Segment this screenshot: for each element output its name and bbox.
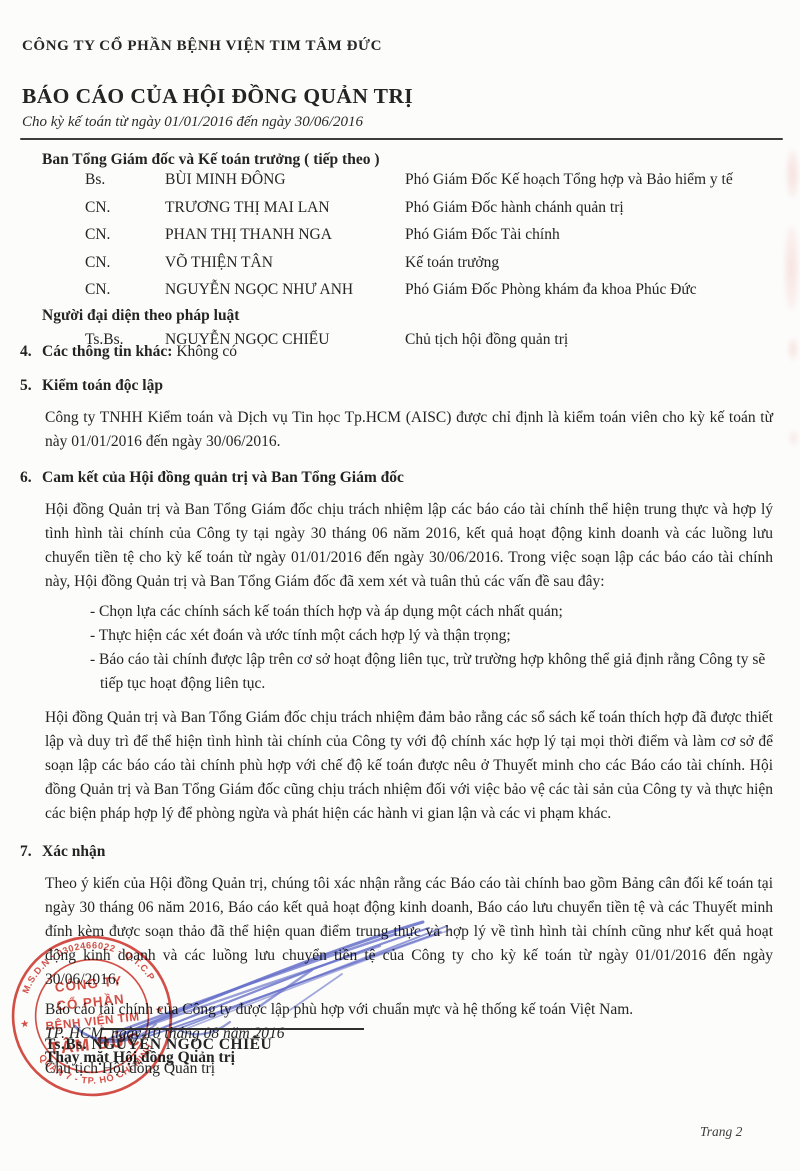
report-period: Cho kỳ kế toán từ ngày 01/01/2016 đến ng… [22, 114, 363, 131]
member-name: BÙI MINH ĐÔNG [165, 171, 405, 189]
board-member-row: CN. PHAN THỊ THANH NGA Phó Giám Đốc Tài … [85, 226, 780, 254]
member-name: TRƯƠNG THỊ MAI LAN [165, 199, 405, 217]
signer-role: Chủ tịch Hội đồng Quản trị [45, 1060, 215, 1078]
section-title: Các thông tin khác: [42, 343, 172, 360]
section-5-heading: 5. Kiểm toán độc lập [20, 374, 773, 398]
member-name: NGUYỄN NGỌC NHƯ ANH [165, 281, 405, 299]
bullet-item: - Chọn lựa các chính sách kế toán thích … [90, 600, 773, 624]
member-degree: CN. [85, 254, 165, 272]
red-ink-smudge [786, 150, 799, 198]
member-role: Phó Giám Đốc Tài chính [405, 226, 780, 244]
member-degree: CN. [85, 281, 165, 299]
report-title: BÁO CÁO CỦA HỘI ĐỒNG QUẢN TRỊ [22, 84, 413, 109]
section-title: Xác nhận [42, 840, 105, 864]
section-number: 6. [20, 466, 42, 490]
board-member-row: CN. NGUYỄN NGỌC NHƯ ANH Phó Giám Đốc Phò… [85, 281, 780, 309]
section-6-paragraph-1: Hội đồng Quản trị và Ban Tổng Giám đốc c… [45, 498, 773, 594]
member-degree: Bs. [85, 171, 165, 189]
legal-representative-heading: Người đại diện theo pháp luật [42, 307, 239, 325]
section-7-heading: 7. Xác nhận [20, 840, 773, 864]
section-number: 4. [20, 340, 42, 364]
section-number: 5. [20, 374, 42, 398]
member-degree: CN. [85, 226, 165, 244]
page-number: Trang 2 [700, 1124, 742, 1140]
bullet-item: - Thực hiện các xét đoán và ước tính một… [90, 624, 773, 648]
signature-line [102, 1028, 364, 1030]
member-role: Phó Giám Đốc hành chánh quản trị [405, 199, 780, 217]
section-5-body: Công ty TNHH Kiểm toán và Dịch vụ Tin họ… [45, 406, 773, 454]
member-degree: CN. [85, 199, 165, 217]
red-ink-smudge [784, 226, 799, 310]
section-6-heading: 6. Cam kết của Hội đồng quản trị và Ban … [20, 466, 773, 490]
section-6-bullets: - Chọn lựa các chính sách kế toán thích … [90, 600, 773, 696]
signer-name: Ts.Bs. NGUYỄN NGỌC CHIẾU [45, 1036, 272, 1054]
section-4-value: Không có [176, 343, 237, 360]
red-ink-smudge [788, 338, 798, 360]
bullet-item: - Báo cáo tài chính được lập trên cơ sở … [90, 648, 773, 696]
board-member-row: CN. TRƯƠNG THỊ MAI LAN Phó Giám Đốc hành… [85, 199, 780, 227]
section-4-heading: 4. Các thông tin khác: Không có [20, 340, 773, 364]
board-member-row: Bs. BÙI MINH ĐÔNG Phó Giám Đốc Kế hoạch … [85, 171, 780, 199]
section-title: Cam kết của Hội đồng quản trị và Ban Tổn… [42, 466, 404, 490]
section-number: 7. [20, 840, 42, 864]
member-name: PHAN THỊ THANH NGA [165, 226, 405, 244]
board-member-row: CN. VÕ THIỆN TÂN Kế toán trưởng [85, 254, 780, 282]
board-heading: Ban Tổng Giám đốc và Kế toán trưởng ( ti… [42, 151, 380, 169]
red-ink-smudge [789, 430, 798, 446]
header-rule [20, 138, 783, 140]
member-role: Kế toán trưởng [405, 254, 780, 272]
member-role: Phó Giám Đốc Phòng khám đa khoa Phúc Đức [405, 281, 780, 299]
member-name: VÕ THIỆN TÂN [165, 254, 405, 272]
section-title: Kiểm toán độc lập [42, 374, 163, 398]
document-page: CÔNG TY CỔ PHẦN BỆNH VIỆN TIM TÂM ĐỨC BÁ… [0, 0, 800, 1171]
board-members-list: Bs. BÙI MINH ĐÔNG Phó Giám Đốc Kế hoạch … [85, 171, 780, 309]
company-name: CÔNG TY CỔ PHẦN BỆNH VIỆN TIM TÂM ĐỨC [22, 38, 382, 55]
section-6-paragraph-2: Hội đồng Quản trị và Ban Tổng Giám đốc c… [45, 706, 773, 826]
member-role: Phó Giám Đốc Kế hoạch Tổng hợp và Bảo hi… [405, 171, 780, 189]
